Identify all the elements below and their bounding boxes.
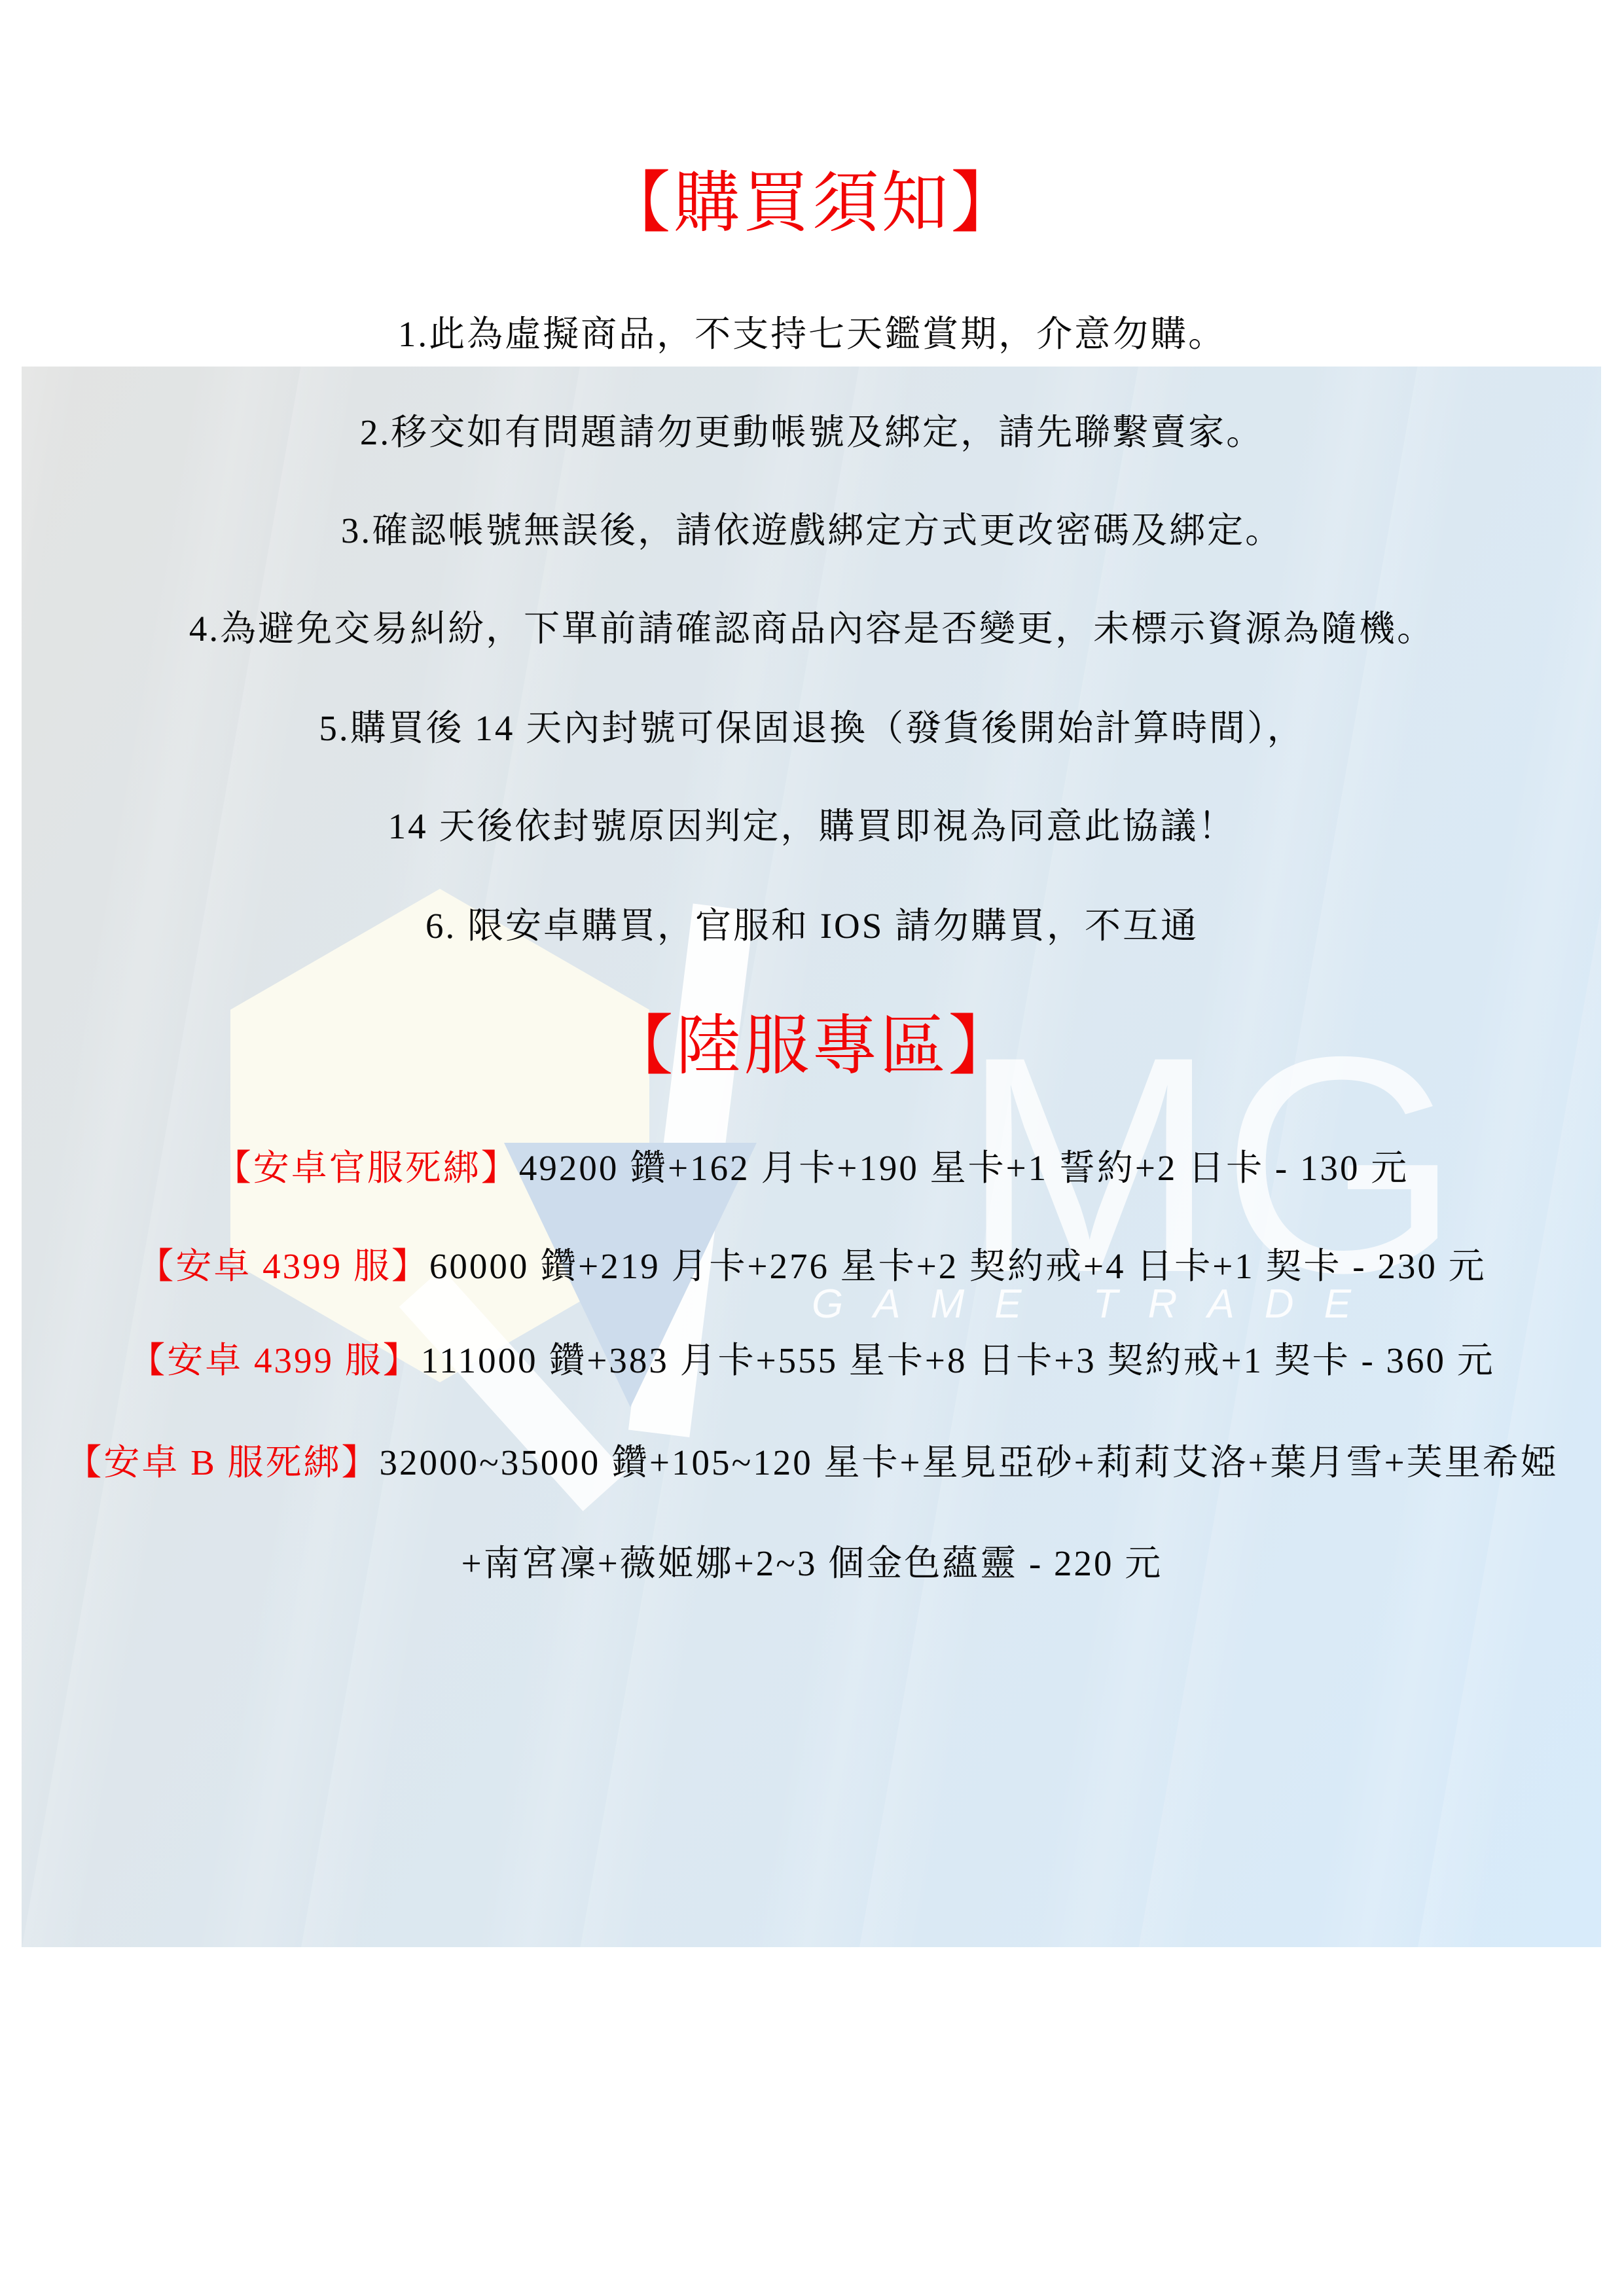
notice-line-3: 3.確認帳號無誤後，請依遊戲綁定方式更改密碼及綁定。	[0, 509, 1624, 552]
product-tag: 【安卓 4399 服】	[137, 1246, 429, 1286]
product-line: 【安卓官服死綁】49200 鑽+162 月卡+190 星卡+1 誓約+2 日卡 …	[0, 1147, 1624, 1190]
product-tag: 【安卓 4399 服】	[129, 1340, 421, 1380]
product-desc: 60000 鑽+219 月卡+276 星卡+2 契約戒+4 日卡+1 契卡 - …	[429, 1246, 1487, 1286]
notice-page: MG GAME TRADE 【購買須知】 1.此為虛擬商品，不支持七天鑑賞期，介…	[0, 0, 1624, 2296]
page-title: 【購買須知】	[0, 165, 1624, 243]
product-desc: 49200 鑽+162 月卡+190 星卡+1 誓約+2 日卡 - 130 元	[519, 1148, 1409, 1188]
notice-line-4: 4.為避免交易糾紛，下單前請確認商品內容是否變更，未標示資源為隨機。	[0, 607, 1624, 651]
notice-line-2: 2.移交如有問題請勿更動帳號及綁定，請先聯繫賣家。	[0, 411, 1624, 454]
product-line: 【安卓 B 服死綁】32000~35000 鑽+105~120 星卡+星見亞砂+…	[0, 1441, 1624, 1484]
product-desc: +南宮凜+薇姬娜+2~3 個金色蘊靈 - 220 元	[461, 1543, 1163, 1583]
product-desc: 32000~35000 鑽+105~120 星卡+星見亞砂+莉莉艾洛+葉月雪+芙…	[380, 1443, 1559, 1482]
product-desc: 111000 鑽+383 月卡+555 星卡+8 日卡+3 契約戒+1 契卡 -…	[421, 1340, 1495, 1380]
notice-line-6: 6. 限安卓購買，官服和 IOS 請勿購買，不互通	[0, 905, 1624, 948]
product-line: 【安卓 4399 服】60000 鑽+219 月卡+276 星卡+2 契約戒+4…	[0, 1245, 1624, 1288]
product-line-continued: +南宮凜+薇姬娜+2~3 個金色蘊靈 - 220 元	[0, 1542, 1624, 1585]
product-tag: 【安卓官服死綁】	[215, 1148, 519, 1188]
product-line: 【安卓 4399 服】111000 鑽+383 月卡+555 星卡+8 日卡+3…	[0, 1339, 1624, 1382]
product-tag: 【安卓 B 服死綁】	[65, 1443, 379, 1482]
notice-line-5: 5.購買後 14 天內封號可保固退換（發貨後開始計算時間），	[0, 707, 1624, 750]
section-title: 【陸服專區】	[0, 1008, 1624, 1085]
notice-line-1: 1.此為虛擬商品，不支持七天鑑賞期，介意勿購。	[0, 313, 1624, 356]
notice-line-5-continued: 14 天後依封號原因判定，購買即視為同意此協議！	[0, 805, 1624, 848]
